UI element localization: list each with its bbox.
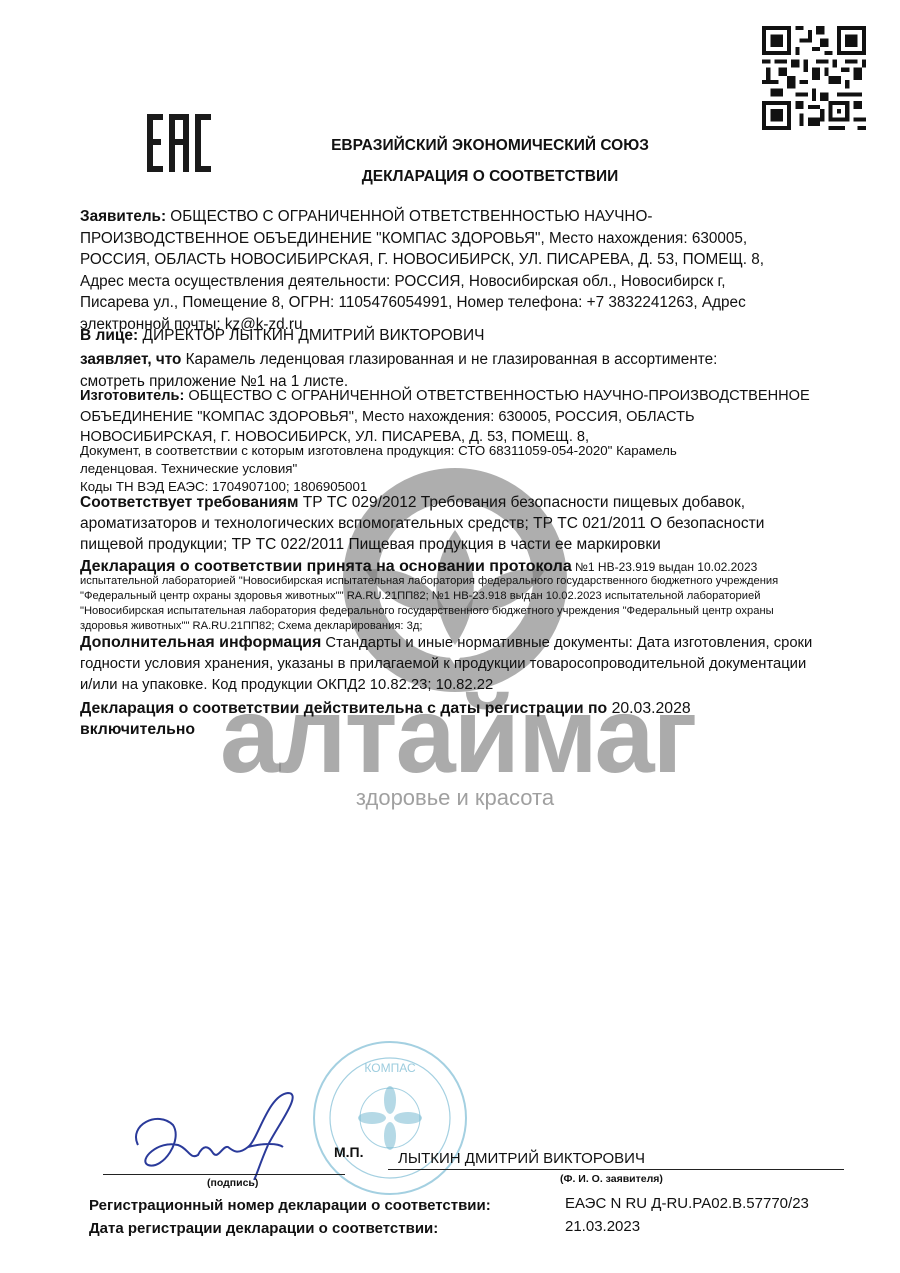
signature-line [103,1174,345,1175]
additional-label: Дополнительная информация [80,634,321,651]
stamp-text: КОМПАС [364,1061,416,1075]
applicant-line: Адрес места осуществления деятельности: … [80,273,726,290]
protocol-line: здоровья животных"" RA.RU.21ПП82; Схема … [80,620,422,632]
requirements-section: Соответствует требованиям ТР ТС 029/2012… [80,492,850,555]
validity-text: Декларация о соответствии действительна … [80,700,612,717]
declares-line: Карамель леденцовая глазированная и не г… [181,351,717,368]
name-caption: (Ф. И. О. заявителя) [560,1173,663,1185]
registration-number-label: Регистрационный номер декларации о соотв… [89,1197,491,1214]
protocol-label: Декларация о соответствии принята на осн… [80,558,572,575]
applicant-line: ПРОИЗВОДСТВЕННОЕ ОБЪЕДИНЕНИЕ "КОМПАС ЗДО… [80,230,747,247]
applicant-section: Заявитель: ОБЩЕСТВО С ОГРАНИЧЕННОЙ ОТВЕТ… [80,206,850,335]
document-line: леденцовая. Технические условия" [80,461,297,476]
representative-row: В лице: ДИРЕКТОР ЛЫТКИН ДМИТРИЙ ВИКТОРОВ… [80,325,850,347]
registration-number-value: ЕАЭС N RU Д-RU.РА02.В.57770/23 [565,1195,809,1212]
representative-label: В лице: [80,327,138,344]
registration-date-value: 21.03.2023 [565,1218,640,1235]
applicant-line: РОССИЯ, ОБЛАСТЬ НОВОСИБИРСКАЯ, Г. НОВОСИ… [80,251,764,268]
seal-place-label: М.П. [334,1144,364,1160]
requirements-line: ТР ТС 029/2012 Требования безопасности п… [298,494,745,511]
manufacturer-label: Изготовитель: [80,388,184,404]
registration-date-label: Дата регистрации декларации о соответств… [89,1220,438,1237]
manufacturer-line: ОБЩЕСТВО С ОГРАНИЧЕННОЙ ОТВЕТСТВЕННОСТЬЮ… [184,388,809,404]
representative-value: ДИРЕКТОР ЛЫТКИН ДМИТРИЙ ВИКТОРОВИЧ [138,327,484,344]
applicant-line: Писарева ул., Помещение 8, ОГРН: 1105476… [80,294,746,311]
manufacturer-line: ОБЪЕДИНЕНИЕ "КОМПАС ЗДОРОВЬЯ", Место нах… [80,409,695,425]
protocol-line: "Новосибирская испытательная лаборатория… [80,605,774,617]
protocol-line: испытательной лабораторией "Новосибирска… [80,575,778,587]
applicant-line: ОБЩЕСТВО С ОГРАНИЧЕННОЙ ОТВЕТСТВЕННОСТЬЮ… [166,208,652,225]
applicant-label: Заявитель: [80,208,166,225]
watermark-tagline: здоровье и красота [220,785,690,811]
page-title: ДЕКЛАРАЦИЯ О СООТВЕТСТВИИ [0,168,900,186]
validity-inclusive: включительно [80,721,195,738]
declares-label: заявляет, что [80,351,181,368]
signature-caption: (подпись) [207,1177,258,1189]
validity-section: Декларация о соответствии действительна … [80,698,850,740]
additional-line: Стандарты и иные нормативные документы: … [321,635,812,651]
requirements-line: пищевой продукции; ТР ТС 022/2011 Пищева… [80,536,661,553]
requirements-label: Соответствует требованиям [80,494,298,511]
protocol-first: №1 НВ-23.919 выдан 10.02.2023 [572,560,758,574]
validity-date: 20.03.2028 [612,700,691,717]
additional-line: годности условия хранения, указаны в при… [80,656,806,672]
name-line [388,1169,844,1170]
protocol-line: "Федеральный центр охраны здоровья живот… [80,590,760,602]
manufacturer-document: Документ, в соответствии с которым изгот… [80,442,850,496]
protocol-details: испытательной лабораторией "Новосибирска… [80,574,850,634]
manufacturer-section: Изготовитель: ОБЩЕСТВО С ОГРАНИЧЕННОЙ ОТ… [80,386,850,448]
document-line: Документ, в соответствии с которым изгот… [80,443,677,458]
qr-code-icon [762,26,866,130]
union-heading: ЕВРАЗИЙСКИЙ ЭКОНОМИЧЕСКИЙ СОЮЗ [0,137,900,155]
applicant-name: ЛЫТКИН ДМИТРИЙ ВИКТОРОВИЧ [398,1150,645,1167]
signature-icon [128,1085,313,1180]
requirements-line: ароматизаторов и технологических вспомог… [80,515,764,532]
